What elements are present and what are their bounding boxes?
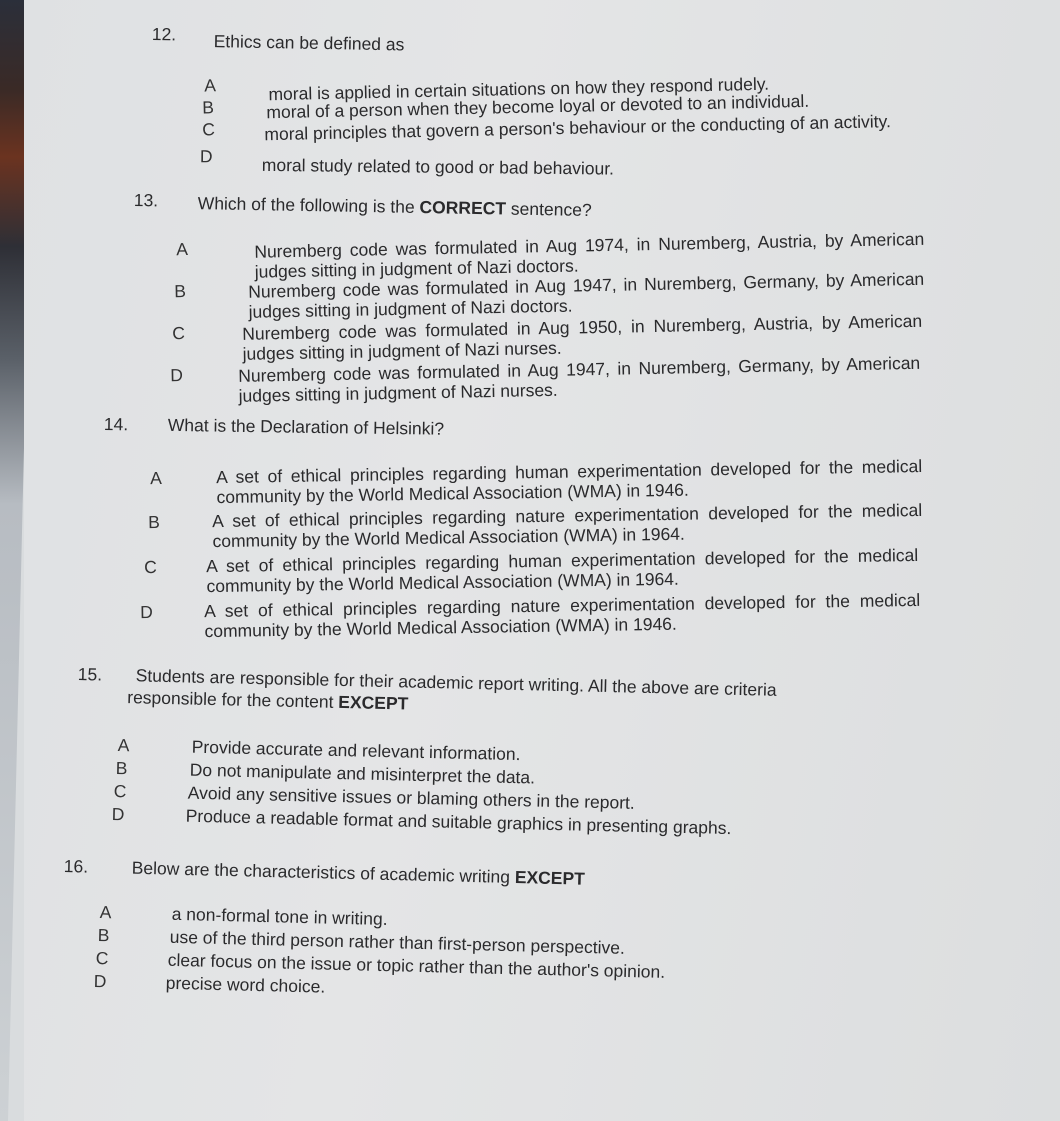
option-letter: A xyxy=(204,75,216,95)
option-text: precise word choice. xyxy=(165,973,325,997)
question-number: 12. xyxy=(152,24,177,44)
option-letter: C xyxy=(172,323,185,343)
option-letter: B xyxy=(174,281,186,301)
option-letter: D xyxy=(200,146,213,166)
question-stem: What is the Declaration of Helsinki? xyxy=(168,415,444,439)
option-letter: D xyxy=(94,971,107,991)
option-letter: B xyxy=(116,758,128,778)
option-letter: D xyxy=(170,365,183,385)
question-number: 14. xyxy=(104,414,129,434)
question-number: 16. xyxy=(63,856,88,878)
option-letter: B xyxy=(98,925,110,945)
option-letter: B xyxy=(148,512,160,532)
question-stem: Ethics can be defined as xyxy=(214,31,405,54)
option-letter: A xyxy=(150,468,162,488)
question-number: 13. xyxy=(134,190,159,210)
option-letter: C xyxy=(144,557,157,577)
option-letter: C xyxy=(202,119,215,139)
option-letter: A xyxy=(100,902,112,922)
option-letter: B xyxy=(202,97,214,117)
option-letter: D xyxy=(140,602,153,622)
question-number: 15. xyxy=(78,664,103,686)
option-letter: A xyxy=(176,239,188,259)
option-letter: A xyxy=(118,735,130,755)
option-letter: C xyxy=(96,948,109,968)
option-letter: C xyxy=(114,781,127,801)
option-letter: D xyxy=(112,804,125,824)
